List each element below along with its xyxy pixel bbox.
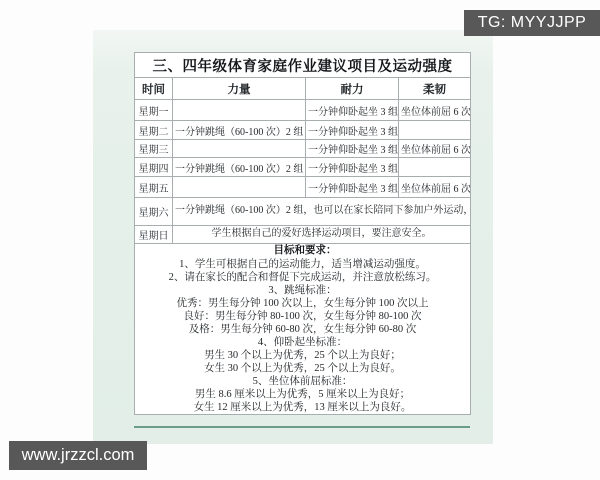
note-line-9: 女生 30 个以上为优秀，25 个以上为良好。 — [137, 362, 468, 375]
row-monday: 星期一 一分钟仰卧起坐 3 组 坐位体前屈 6 次 — [135, 100, 471, 121]
notes-row: 目标和要求： 1、学生可根据自己的运动能力，适当增减运动强度。 2、请在家长的配… — [135, 244, 471, 415]
note-line-11: 男生 8.6 厘米以上为优秀，5 厘米以上为良好； — [137, 388, 468, 401]
wednesday-label: 星期三 — [135, 140, 173, 158]
monday-flexibility-cell: 坐位体前屈 6 次 — [399, 100, 471, 121]
thursday-label: 星期四 — [135, 158, 173, 177]
header-row: 时间 力量 耐力 柔韧 — [135, 78, 471, 100]
note-line-6: 及格：男生每分钟 60-80 次，女生每分钟 60-80 次 — [137, 323, 468, 336]
watermark-telegram: TG: MYYJJPP — [464, 10, 600, 36]
table-title: 三、四年级体育家庭作业建议项目及运动强度 — [135, 53, 471, 78]
col-header-strength: 力量 — [173, 78, 306, 100]
saturday-label: 星期六 — [135, 198, 173, 226]
thursday-flexibility-cell — [399, 158, 471, 177]
divider-line — [134, 426, 470, 428]
tuesday-label: 星期二 — [135, 121, 173, 140]
friday-strength-cell — [173, 177, 306, 198]
row-sunday: 星期日 学生根据自己的爱好选择运动项目，要注意安全。 — [135, 226, 471, 244]
tuesday-endurance-cell: 一分钟仰卧起坐 3 组 — [306, 121, 399, 140]
note-line-3: 3、跳绳标准： — [137, 284, 468, 297]
monday-strength-cell — [173, 100, 306, 121]
homework-document: 三、四年级体育家庭作业建议项目及运动强度 时间 力量 耐力 柔韧 星期一 一分钟… — [134, 52, 471, 415]
monday-label: 星期一 — [135, 100, 173, 121]
col-header-flexibility: 柔韧 — [399, 78, 471, 100]
saturday-content-cell: 一分钟跳绳（60-100 次）2 组，也可以在家长陪同下参加户外运动，要注意安全… — [173, 198, 471, 226]
sunday-label: 星期日 — [135, 226, 173, 244]
wednesday-strength-cell — [173, 140, 306, 158]
note-line-2: 2、请在家长的配合和督促下完成运动，并注意放松练习。 — [137, 271, 468, 284]
tuesday-flexibility-cell — [399, 121, 471, 140]
note-line-5: 良好：男生每分钟 80-100 次，女生每分钟 80-100 次 — [137, 310, 468, 323]
homework-table: 三、四年级体育家庭作业建议项目及运动强度 时间 力量 耐力 柔韧 星期一 一分钟… — [134, 52, 471, 415]
row-wednesday: 星期三 一分钟仰卧起坐 3 组 坐位体前屈 6 次 — [135, 140, 471, 158]
watermark-website: www.jrzzcl.com — [9, 441, 147, 470]
row-friday: 星期五 一分钟仰卧起坐 3 组 坐位体前屈 6 次 — [135, 177, 471, 198]
note-line-1: 1、学生可根据自己的运动能力，适当增减运动强度。 — [137, 258, 468, 271]
sunday-content-cell: 学生根据自己的爱好选择运动项目，要注意安全。 — [173, 226, 471, 244]
note-line-4: 优秀：男生每分钟 100 次以上，女生每分钟 100 次以上 — [137, 297, 468, 310]
title-row: 三、四年级体育家庭作业建议项目及运动强度 — [135, 53, 471, 78]
note-line-12: 女生 12 厘米以上为优秀，13 厘米以上为良好。 — [137, 401, 468, 414]
wednesday-endurance-cell: 一分钟仰卧起坐 3 组 — [306, 140, 399, 158]
notes-heading: 目标和要求： — [137, 244, 468, 258]
col-header-time: 时间 — [135, 78, 173, 100]
col-header-endurance: 耐力 — [306, 78, 399, 100]
friday-label: 星期五 — [135, 177, 173, 198]
notes-cell: 目标和要求： 1、学生可根据自己的运动能力，适当增减运动强度。 2、请在家长的配… — [135, 244, 471, 415]
thursday-endurance-cell: 一分钟仰卧起坐 3 组 — [306, 158, 399, 177]
row-saturday: 星期六 一分钟跳绳（60-100 次）2 组，也可以在家长陪同下参加户外运动，要… — [135, 198, 471, 226]
thursday-strength-cell: 一分钟跳绳（60-100 次）2 组 — [173, 158, 306, 177]
wednesday-flexibility-cell: 坐位体前屈 6 次 — [399, 140, 471, 158]
monday-endurance-cell: 一分钟仰卧起坐 3 组 — [306, 100, 399, 121]
friday-flexibility-cell: 坐位体前屈 6 次 — [399, 177, 471, 198]
friday-endurance-cell: 一分钟仰卧起坐 3 组 — [306, 177, 399, 198]
note-line-10: 5、坐位体前屈标准： — [137, 375, 468, 388]
screenshot-root: 三、四年级体育家庭作业建议项目及运动强度 时间 力量 耐力 柔韧 星期一 一分钟… — [0, 0, 600, 480]
note-line-7: 4、仰卧起坐标准： — [137, 336, 468, 349]
row-thursday: 星期四 一分钟跳绳（60-100 次）2 组 一分钟仰卧起坐 3 组 — [135, 158, 471, 177]
tuesday-strength-cell: 一分钟跳绳（60-100 次）2 组 — [173, 121, 306, 140]
note-line-8: 男生 30 个以上为优秀，25 个以上为良好； — [137, 349, 468, 362]
row-tuesday: 星期二 一分钟跳绳（60-100 次）2 组 一分钟仰卧起坐 3 组 — [135, 121, 471, 140]
